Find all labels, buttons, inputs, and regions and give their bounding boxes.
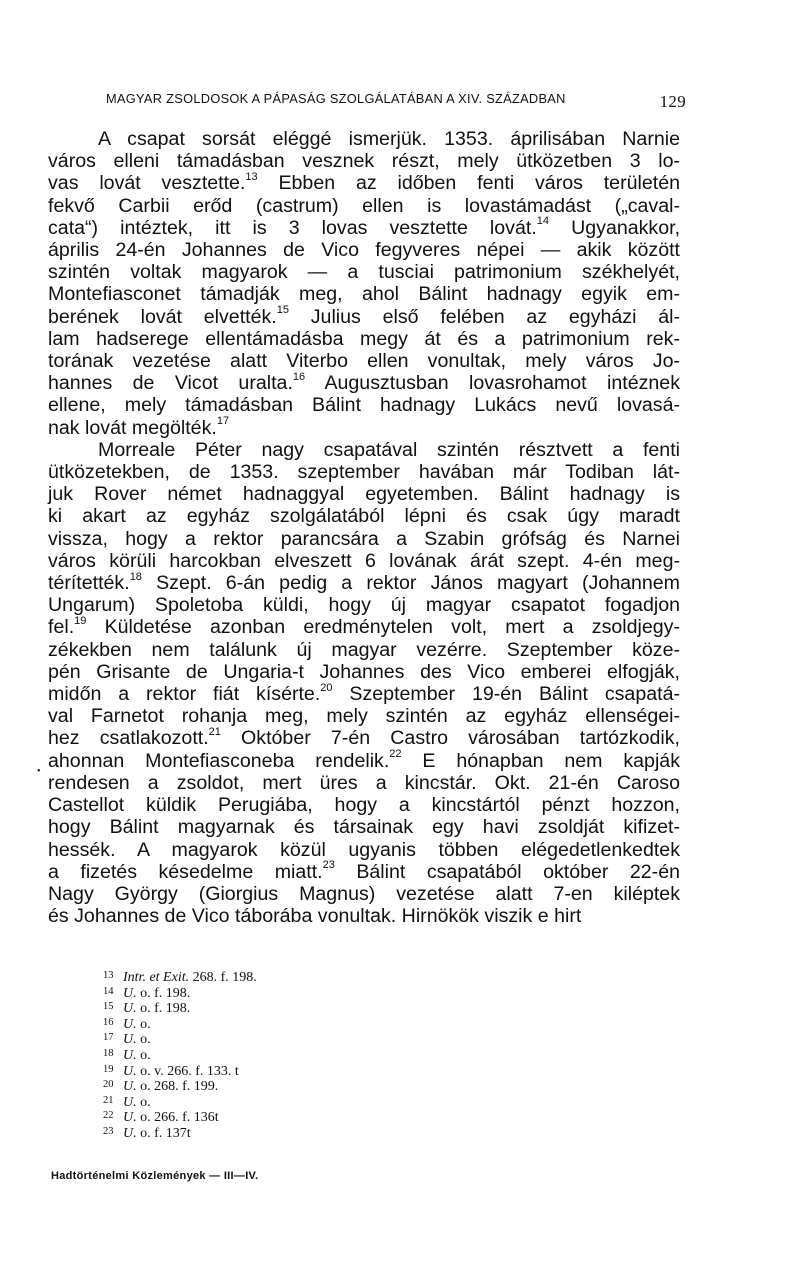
text-line: cata“) intéztek, itt is 3 lovas vesztett… (48, 217, 680, 239)
text-line: a fizetés késedelme miatt.23 Bálint csap… (48, 861, 680, 883)
footnote-number: 22 (103, 1108, 117, 1124)
text-line: és Johannes de Vico táborába vonultak. H… (48, 905, 680, 927)
text-line: ki akart az egyház szolgálatából lépni é… (48, 505, 680, 527)
footnote: 13Intr. et Exit. 268. f. 198. (103, 970, 503, 986)
footnote-number: 16 (103, 1015, 117, 1031)
footnote-ref[interactable]: 21 (209, 726, 221, 738)
text-line: ütközetekben, de 1353. szeptember havába… (48, 461, 680, 483)
footnote: 22U. o. 266. f. 136t (103, 1110, 503, 1126)
text-line: zékekben nem találunk új magyar vezérre.… (48, 639, 680, 661)
footnote-text: U. o. f. 198. (123, 1001, 190, 1017)
text-line: A csapat sorsát eléggé ismerjük. 1353. á… (48, 128, 680, 150)
footnote-ref[interactable]: 22 (389, 748, 401, 760)
footnote-text: U. o. (123, 1048, 151, 1064)
text-line: ahonnan Montefiasconeba rendelik.22 E hó… (48, 750, 680, 772)
text-line: város körüli harcokban elveszett 6 lován… (48, 550, 680, 572)
footnote-text: U. o. (123, 1017, 151, 1033)
footnote: 18U. o. (103, 1048, 503, 1064)
footnote-ref[interactable]: 17 (217, 415, 229, 427)
footnote-ref[interactable]: 15 (277, 304, 289, 316)
text-line: torának vezetése alatt Viterbo ellen von… (48, 350, 680, 372)
text-line: április 24-én Johannes de Vico fegyveres… (48, 239, 680, 261)
footnote-ref[interactable]: 16 (293, 371, 305, 383)
footnote-text: U. o. v. 266. f. 133. t (123, 1064, 239, 1080)
footnote: 16U. o. (103, 1017, 503, 1033)
journal-footer: Hadtörténelmi Közlemények — III—IV. (51, 1170, 259, 1182)
text-line: hannes de Vicot uralta.16 Augusztusban l… (48, 372, 680, 394)
text-line: berének lovát elvették.15 Julius első fe… (48, 306, 680, 328)
text-line: város elleni támadásban vesznek részt, m… (48, 150, 680, 172)
text-line: rendesen a zsoldot, mert üres a kincstár… (48, 772, 680, 794)
footnote: 17U. o. (103, 1032, 503, 1048)
footnote-ref[interactable]: 13 (245, 171, 257, 183)
text-line: lam hadserege ellentámadásba megy át és … (48, 328, 680, 350)
text-line: midőn a rektor fiát kísérte.20 Szeptembe… (48, 683, 680, 705)
text-line: hessék. A magyarok közül ugyanis többen … (48, 839, 680, 861)
text-line: vissza, hogy a rektor parancsára a Szabi… (48, 528, 680, 550)
page-number: 129 (660, 92, 686, 112)
text-line: fekvő Carbii erőd (castrum) ellen is lov… (48, 195, 680, 217)
footnote-number: 15 (103, 999, 117, 1015)
text-line: Ungarum) Spoletoba küldi, hogy új magyar… (48, 594, 680, 616)
footnote-number: 20 (103, 1077, 117, 1093)
footnote: 14U. o. f. 198. (103, 986, 503, 1002)
footnote: 19U. o. v. 266. f. 133. t (103, 1064, 503, 1080)
footnote-number: 19 (103, 1062, 117, 1078)
text-line: hogy Bálint magyarnak és társainak egy h… (48, 816, 680, 838)
footnote: 21U. o. (103, 1095, 503, 1111)
body-text: A csapat sorsát eléggé ismerjük. 1353. á… (48, 128, 680, 927)
footnote-text: U. o. 266. f. 136t (123, 1110, 219, 1126)
footnote-text: U. o. (123, 1032, 151, 1048)
footnote: 23U. o. f. 137t (103, 1126, 503, 1142)
footnote-number: 13 (103, 968, 117, 984)
footnote-text: U. o. f. 198. (123, 986, 190, 1002)
footnote-ref[interactable]: 14 (537, 215, 549, 227)
running-header: MAGYAR ZSOLDOSOK A PÁPASÁG SZOLGÁLATÁBAN… (106, 88, 686, 108)
text-line: szintén voltak magyarok — a tusciai patr… (48, 261, 680, 283)
text-line: juk Rover német hadnaggyal egyetemben. B… (48, 483, 680, 505)
footnote-ref[interactable]: 19 (74, 615, 86, 627)
footnote-ref[interactable]: 23 (323, 859, 335, 871)
footnote-number: 21 (103, 1093, 117, 1109)
text-line: ellene, mely támadásban Bálint hadnagy L… (48, 394, 680, 416)
running-title: MAGYAR ZSOLDOSOK A PÁPASÁG SZOLGÁLATÁBAN… (106, 91, 566, 106)
footnote-text: U. o. f. 137t (123, 1126, 191, 1142)
footnote: 15U. o. f. 198. (103, 1001, 503, 1017)
footnote-ref[interactable]: 20 (320, 682, 332, 694)
text-line: Morreale Péter nagy csapatával szintén r… (48, 439, 680, 461)
footnote-text: U. o. 268. f. 199. (123, 1079, 218, 1095)
text-line: térítették.18 Szept. 6-án pedig a rektor… (48, 572, 680, 594)
text-line: Nagy György (Giorgius Magnus) vezetése a… (48, 883, 680, 905)
text-line: fel.19 Küldetése azonban eredménytelen v… (48, 616, 680, 638)
footnote-number: 23 (103, 1124, 117, 1140)
footnote-text: U. o. (123, 1095, 151, 1111)
text-line: val Farnetot rohanja meg, mely szintén a… (48, 705, 680, 727)
text-line: pén Grisante de Ungaria-t Johannes des V… (48, 661, 680, 683)
footnote-text: Intr. et Exit. 268. f. 198. (123, 970, 257, 986)
footnote-number: 14 (103, 984, 117, 1000)
footnote-number: 18 (103, 1046, 117, 1062)
footnotes: 13Intr. et Exit. 268. f. 198.14U. o. f. … (103, 970, 503, 1142)
text-line: Castellot küldik Perugiába, hogy a kincs… (48, 794, 680, 816)
text-line: hez csatlakozott.21 Október 7-én Castro … (48, 727, 680, 749)
text-line: nak lovát megölték.17 (48, 417, 680, 439)
margin-mark: • (37, 766, 41, 777)
footnote-ref[interactable]: 18 (130, 571, 142, 583)
text-line: Montefiasconet támadják meg, ahol Bálint… (48, 283, 680, 305)
footnote: 20U. o. 268. f. 199. (103, 1079, 503, 1095)
footnote-number: 17 (103, 1030, 117, 1046)
text-line: vas lovát vesztette.13 Ebben az időben f… (48, 172, 680, 194)
